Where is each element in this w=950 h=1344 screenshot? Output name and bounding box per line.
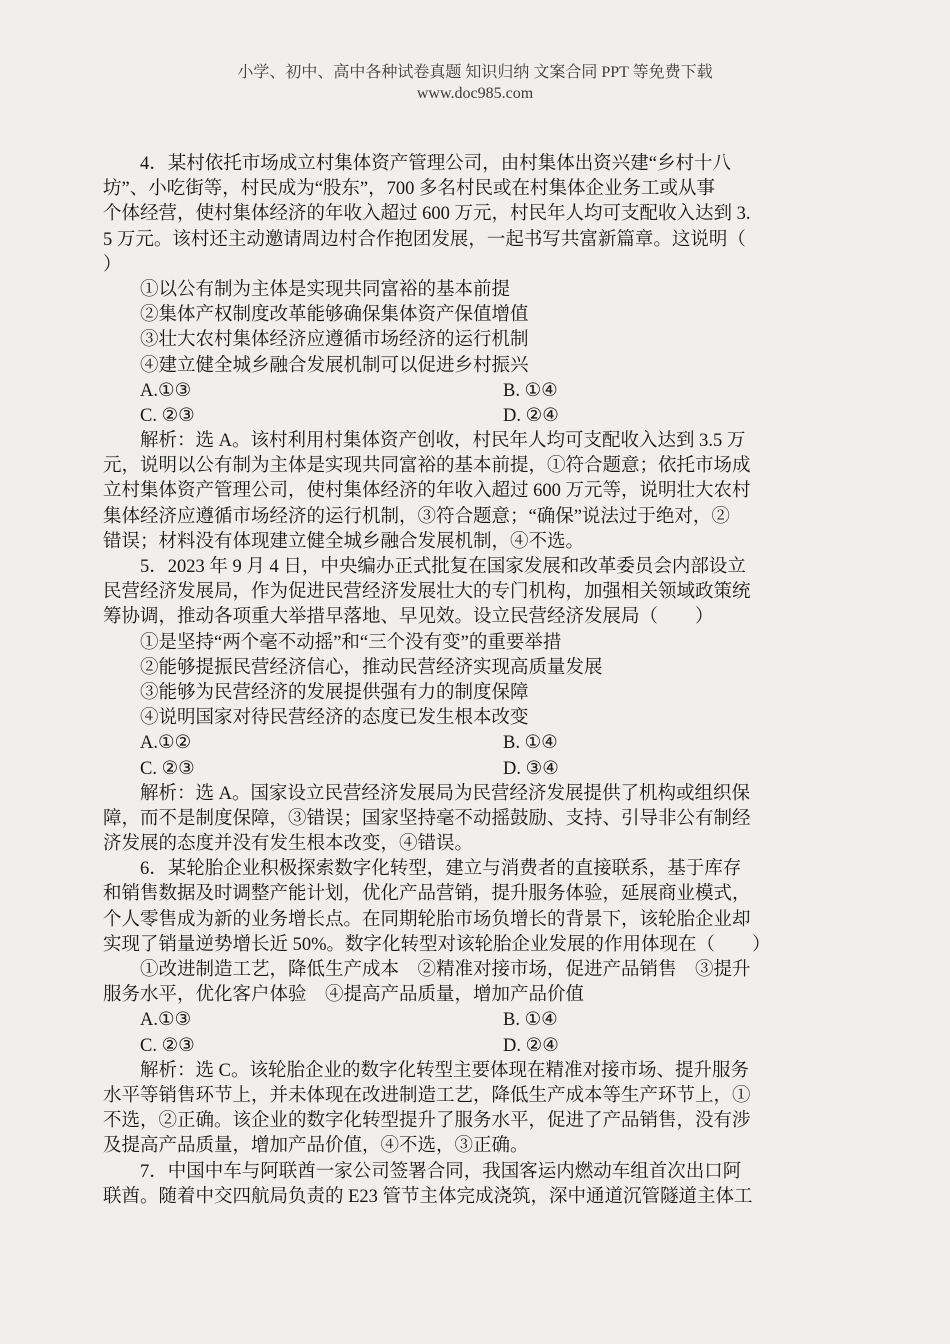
text-line-8: ③壮大农村集体经济应遵循市场经济的运行机制 <box>103 328 793 353</box>
line-text: 实现了销量逆势增长近 50%。数字化转型对该轮胎企业发展的作用体现在（ ） <box>103 935 771 955</box>
text-line-3: 个体经营，使村集体经济的年收入超过 600 万元，村民年人均可支配收入达到 3. <box>103 202 793 227</box>
line-text: 民营经济发展局，作为促进民营经济发展壮大的专门机构，加强相关领域政策统 <box>103 582 751 602</box>
line-text: A.①② <box>140 733 191 753</box>
line-text: 5．2023 年 9 月 4 日，中央编办正式批复在国家发展和改革委员会内部设立 <box>140 557 746 577</box>
text-line-38: 水平等销售环节上，并未体现在改进制造工艺，降低生产成本等生产环节上，① <box>103 1084 793 1109</box>
document-page: 小学、初中、高中各种试卷真题 知识归纳 文案合同 PPT 等免费下载 www.d… <box>0 0 950 1344</box>
text-line-15: 集体经济应遵循市场经济的运行机制，③符合题意；“确保”说法过于绝对，② <box>103 505 793 530</box>
text-line-35: A.①③B. ①④ <box>103 1008 793 1033</box>
line-text: A.①③ <box>140 381 191 401</box>
text-line-22: ③能够为民营经济的发展提供强有力的制度保障 <box>103 681 793 706</box>
option-column-2: D. ②④ <box>503 1034 559 1059</box>
watermark-text: 小学、初中、高中各种试卷真题 知识归纳 文案合同 PPT 等免费下载 <box>0 62 950 83</box>
line-text: 障，而不是制度保障，③错误；国家坚持毫不动摇鼓励、支持、引导非公有制经 <box>103 809 751 829</box>
line-text: 坊”、小吃街等，村民成为“股东”，700 多名村民或在村集体企业务工或从事 <box>103 179 715 199</box>
text-line-1: 4．某村依托市场成立村集体资产管理公司，由村集体出资兴建“乡村十八 <box>103 152 793 177</box>
option-column-2: D. ②④ <box>503 404 559 429</box>
line-text: 解析：选 A。国家设立民营经济发展局为民营经济发展提供了机构或组织保 <box>140 784 750 804</box>
text-line-2: 坊”、小吃街等，村民成为“股东”，700 多名村民或在村集体企业务工或从事 <box>103 177 793 202</box>
line-text: 和销售数据及时调整产能计划，优化产品营销，提升服务体验，延展商业模式， <box>103 884 751 904</box>
line-text: 联酋。随着中交四航局负责的 E23 管节主体完成浇筑，深中通道沉管隧道主体工 <box>103 1187 753 1207</box>
text-line-41: 7．中国中车与阿联酋一家公司签署合同，我国客运内燃动车组首次出口阿 <box>103 1160 793 1185</box>
text-line-19: 筹协调，推动各项重大举措早落地、早见效。设立民营经济发展局（ ） <box>103 605 793 630</box>
text-line-6: ①以公有制为主体是实现共同富裕的基本前提 <box>103 278 793 303</box>
line-text: 5 万元。该村还主动邀请周边村合作抱团发展，一起书写共富新篇章。这说明（ <box>103 230 746 250</box>
line-text: ③能够为民营经济的发展提供强有力的制度保障 <box>140 683 529 703</box>
option-column-2: D. ③④ <box>503 757 559 782</box>
watermark-url: www.doc985.com <box>0 83 950 104</box>
line-text: ④建立健全城乡融合发展机制可以促进乡村振兴 <box>140 356 529 376</box>
text-line-26: 解析：选 A。国家设立民营经济发展局为民营经济发展提供了机构或组织保 <box>103 782 793 807</box>
text-line-33: ①改进制造工艺，降低生产成本 ②精准对接市场，促进产品销售 ③提升 <box>103 958 793 983</box>
line-text: 济发展的态度并没有发生根本改变，④错误。 <box>103 834 473 854</box>
line-text: 个人零售成为新的业务增长点。在同期轮胎市场负增长的背景下，该轮胎企业却 <box>103 910 751 930</box>
text-line-25: C. ②③D. ③④ <box>103 757 793 782</box>
text-line-40: 及提高产品质量，增加产品价值，④不选，③正确。 <box>103 1134 793 1159</box>
line-text: 7．中国中车与阿联酋一家公司签署合同，我国客运内燃动车组首次出口阿 <box>140 1162 741 1182</box>
text-line-24: A.①②B. ①④ <box>103 731 793 756</box>
text-line-7: ②集体产权制度改革能够确保集体资产保值增值 <box>103 303 793 328</box>
line-text: C. ②③ <box>140 1036 195 1056</box>
line-text: C. ②③ <box>140 406 195 426</box>
text-line-16: 错误；材料没有体现建立健全城乡融合发展机制，④不选。 <box>103 530 793 555</box>
text-line-29: 6．某轮胎企业积极探索数字化转型，建立与消费者的直接联系，基于库存 <box>103 857 793 882</box>
line-text: 不选，②正确。该企业的数字化转型提升了服务水平，促进了产品销售，没有涉 <box>103 1111 751 1131</box>
text-line-32: 实现了销量逆势增长近 50%。数字化转型对该轮胎企业发展的作用体现在（ ） <box>103 933 793 958</box>
text-line-10: A.①③B. ①④ <box>103 379 793 404</box>
text-line-9: ④建立健全城乡融合发展机制可以促进乡村振兴 <box>103 354 793 379</box>
option-column-2: B. ①④ <box>503 379 558 404</box>
text-line-12: 解析：选 A。该村利用村集体资产创收，村民年人均可支配收入达到 3.5 万 <box>103 429 793 454</box>
text-line-27: 障，而不是制度保障，③错误；国家坚持毫不动摇鼓励、支持、引导非公有制经 <box>103 807 793 832</box>
text-line-30: 和销售数据及时调整产能计划，优化产品营销，提升服务体验，延展商业模式， <box>103 882 793 907</box>
document-body: 4．某村依托市场成立村集体资产管理公司，由村集体出资兴建“乡村十八坊”、小吃街等… <box>103 152 793 1210</box>
text-line-31: 个人零售成为新的业务增长点。在同期轮胎市场负增长的背景下，该轮胎企业却 <box>103 908 793 933</box>
line-text: 4．某村依托市场成立村集体资产管理公司，由村集体出资兴建“乡村十八 <box>140 154 731 174</box>
line-text: ①是坚持“两个毫不动摇”和“三个没有变”的重要举措 <box>140 633 561 653</box>
text-line-39: 不选，②正确。该企业的数字化转型提升了服务水平，促进了产品销售，没有涉 <box>103 1109 793 1134</box>
text-line-23: ④说明国家对待民营经济的态度已发生根本改变 <box>103 706 793 731</box>
line-text: ③壮大农村集体经济应遵循市场经济的运行机制 <box>140 330 529 350</box>
text-line-20: ①是坚持“两个毫不动摇”和“三个没有变”的重要举措 <box>103 631 793 656</box>
text-line-14: 立村集体资产管理公司，使村集体经济的年收入超过 600 万元等，说明壮大农村 <box>103 479 793 504</box>
line-text: 解析：选 C。该轮胎企业的数字化转型主要体现在精准对接市场、提升服务 <box>140 1061 749 1081</box>
line-text: 元，说明以公有制为主体是实现共同富裕的基本前提，①符合题意；依托市场成 <box>103 456 751 476</box>
text-line-42: 联酋。随着中交四航局负责的 E23 管节主体完成浇筑，深中通道沉管隧道主体工 <box>103 1185 793 1210</box>
text-line-4: 5 万元。该村还主动邀请周边村合作抱团发展，一起书写共富新篇章。这说明（ <box>103 228 793 253</box>
line-text: A.①③ <box>140 1010 191 1030</box>
text-line-28: 济发展的态度并没有发生根本改变，④错误。 <box>103 832 793 857</box>
text-line-36: C. ②③D. ②④ <box>103 1034 793 1059</box>
line-text: 6．某轮胎企业积极探索数字化转型，建立与消费者的直接联系，基于库存 <box>140 859 741 879</box>
option-column-2: B. ①④ <box>503 1008 558 1033</box>
line-text: 筹协调，推动各项重大举措早落地、早见效。设立民营经济发展局（ ） <box>103 607 714 627</box>
text-line-37: 解析：选 C。该轮胎企业的数字化转型主要体现在精准对接市场、提升服务 <box>103 1059 793 1084</box>
line-text: 水平等销售环节上，并未体现在改进制造工艺，降低生产成本等生产环节上，① <box>103 1086 751 1106</box>
line-text: ②能够提振民营经济信心，推动民营经济实现高质量发展 <box>140 658 603 678</box>
option-column-2: B. ①④ <box>503 731 558 756</box>
text-line-21: ②能够提振民营经济信心，推动民营经济实现高质量发展 <box>103 656 793 681</box>
line-text: ①以公有制为主体是实现共同富裕的基本前提 <box>140 280 510 300</box>
line-text: ） <box>103 255 122 275</box>
text-line-11: C. ②③D. ②④ <box>103 404 793 429</box>
text-line-34: 服务水平，优化客户体验 ④提高产品质量，增加产品价值 <box>103 983 793 1008</box>
line-text: C. ②③ <box>140 759 195 779</box>
line-text: 立村集体资产管理公司，使村集体经济的年收入超过 600 万元等，说明壮大农村 <box>103 481 751 501</box>
watermark-header: 小学、初中、高中各种试卷真题 知识归纳 文案合同 PPT 等免费下载 www.d… <box>0 62 950 104</box>
line-text: ②集体产权制度改革能够确保集体资产保值增值 <box>140 305 529 325</box>
line-text: 服务水平，优化客户体验 ④提高产品质量，增加产品价值 <box>103 985 584 1005</box>
text-line-13: 元，说明以公有制为主体是实现共同富裕的基本前提，①符合题意；依托市场成 <box>103 454 793 479</box>
line-text: ④说明国家对待民营经济的态度已发生根本改变 <box>140 708 529 728</box>
line-text: 解析：选 A。该村利用村集体资产创收，村民年人均可支配收入达到 3.5 万 <box>140 431 745 451</box>
text-line-5: ） <box>103 253 793 278</box>
line-text: ①改进制造工艺，降低生产成本 ②精准对接市场，促进产品销售 ③提升 <box>140 960 751 980</box>
line-text: 错误；材料没有体现建立健全城乡融合发展机制，④不选。 <box>103 532 584 552</box>
text-line-18: 民营经济发展局，作为促进民营经济发展壮大的专门机构，加强相关领域政策统 <box>103 580 793 605</box>
line-text: 及提高产品质量，增加产品价值，④不选，③正确。 <box>103 1136 529 1156</box>
text-line-17: 5．2023 年 9 月 4 日，中央编办正式批复在国家发展和改革委员会内部设立 <box>103 555 793 580</box>
line-text: 个体经营，使村集体经济的年收入超过 600 万元，村民年人均可支配收入达到 3. <box>103 204 751 224</box>
line-text: 集体经济应遵循市场经济的运行机制，③符合题意；“确保”说法过于绝对，② <box>103 507 730 527</box>
